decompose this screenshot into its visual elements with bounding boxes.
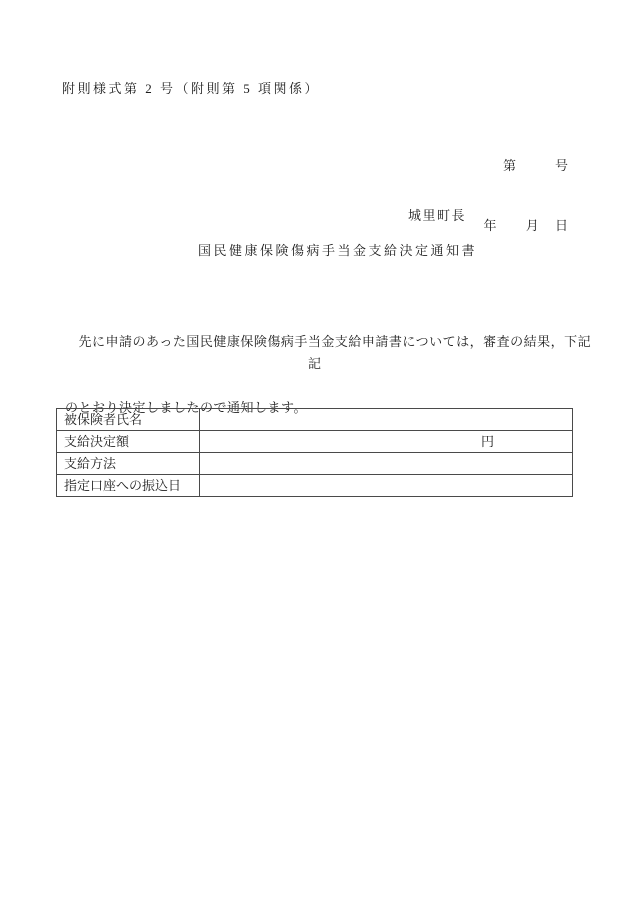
table-row: 支給決定額 円: [57, 431, 573, 453]
form-style-label: 附則様式第 2 号（附則第 5 項関係）: [62, 82, 320, 95]
document-number-block: 第 号 年 月 日: [483, 116, 568, 276]
decision-table: 被保険者氏名 支給決定額 円 支給方法 指定口座への振込日: [56, 408, 573, 497]
record-heading: 記: [0, 357, 630, 370]
table-row: 指定口座への振込日: [57, 475, 573, 497]
row-value-cell: [200, 453, 573, 475]
row-label-cell: 支給決定額: [57, 431, 200, 453]
row-label-cell: 被保険者氏名: [57, 409, 200, 431]
row-label-cell: 指定口座への振込日: [57, 475, 200, 497]
body-line-1: 先に申請のあった国民健康保険傷病手当金支給申請書については，審査の結果，下記: [65, 331, 575, 353]
document-page: 附則様式第 2 号（附則第 5 項関係） 第 号 年 月 日 城里町長 国民健康…: [0, 0, 630, 903]
decision-table-body: 被保険者氏名 支給決定額 円 支給方法 指定口座への振込日: [57, 409, 573, 497]
document-date-line: 年 月 日: [483, 216, 568, 236]
addressee: 城里町長: [408, 209, 466, 222]
document-number-line: 第 号: [483, 156, 568, 176]
row-value-cell: [200, 475, 573, 497]
row-value-cell: 円: [200, 431, 573, 453]
row-value-cell: [200, 409, 573, 431]
row-label-cell: 支給方法: [57, 453, 200, 475]
table-row: 被保険者氏名: [57, 409, 573, 431]
table-row: 支給方法: [57, 453, 573, 475]
document-title: 国民健康保険傷病手当金支給決定通知書: [198, 244, 477, 257]
